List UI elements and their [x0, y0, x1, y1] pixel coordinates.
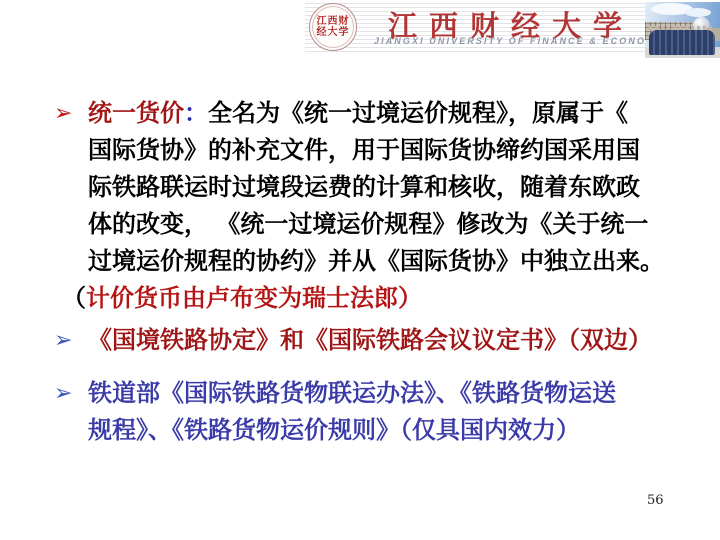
bullet-arrow-icon: ➢	[54, 95, 72, 132]
seal-text-top: 江西财	[317, 16, 350, 27]
bullet-item-border-railway-agreement: ➢ 《国境铁路协定》和《国际铁路会议议定书》（双边）	[54, 322, 670, 359]
bullet1-line1-text: 全名为《统一过境运价规程》，原属于《	[208, 99, 628, 127]
page-number: 56	[647, 493, 664, 508]
bullet1-colon: ：	[184, 99, 208, 127]
slide-content: ➢ 统一货价：全名为《统一过境运价规程》，原属于《 国际货协》的补充文件，用于国…	[54, 95, 670, 449]
bullet1-paren-open: （	[62, 284, 86, 312]
bullet1-currency-note: 计价货币由卢布变为瑞士法郎）	[86, 284, 422, 312]
bullet1-line2: 国际货协》的补充文件，用于国际货协缔约国采用国	[88, 132, 670, 169]
bullet1-line4: 体的改变， 《统一过境运价规程》修改为《关于统一	[88, 206, 670, 243]
bullet-arrow-icon: ➢	[54, 322, 72, 359]
bullet1-keyword: 统一货价	[88, 99, 184, 127]
bullet1-line6: （计价货币由卢布变为瑞士法郎）	[62, 280, 670, 317]
bullet3-line2: 规程》、《铁路货物运价规则》（仅具国内效力）	[88, 412, 670, 449]
university-title-english: JIANGXI UNIVERSITY OF FINANCE & ECONOMIC…	[374, 36, 677, 46]
bullet1-line1: 统一货价：全名为《统一过境运价规程》，原属于《	[88, 95, 670, 132]
university-seal: 江西财 经大学	[309, 3, 357, 51]
photo-people-group	[649, 30, 715, 55]
bullet3-line1: 铁道部《国际铁路货物联运办法》、《铁路货物运送	[88, 375, 670, 412]
bullet-item-unified-tariff: ➢ 统一货价：全名为《统一过境运价规程》，原属于《 国际货协》的补充文件，用于国…	[54, 95, 670, 317]
bullet1-line3: 际铁路联运时过境段运费的计算和核收，随着东欧政	[88, 169, 670, 206]
campus-photo	[645, 2, 720, 58]
bullet1-line5: 过境运价规程的协约》并从《国际货协》中独立出来。	[88, 243, 670, 280]
bullet-arrow-icon: ➢	[54, 375, 72, 412]
bullet2-text: 《国境铁路协定》和《国际铁路会议议定书》（双边）	[88, 322, 670, 359]
seal-text-bottom: 经大学	[317, 27, 350, 38]
slide: { "slide": { "header": { "title_cn": "江西…	[0, 0, 720, 540]
photo-cloud	[685, 8, 711, 17]
bullet-item-ministry-of-railways-rules: ➢ 铁道部《国际铁路货物联运办法》、《铁路货物运送 规程》、《铁路货物运价规则》…	[54, 375, 670, 449]
